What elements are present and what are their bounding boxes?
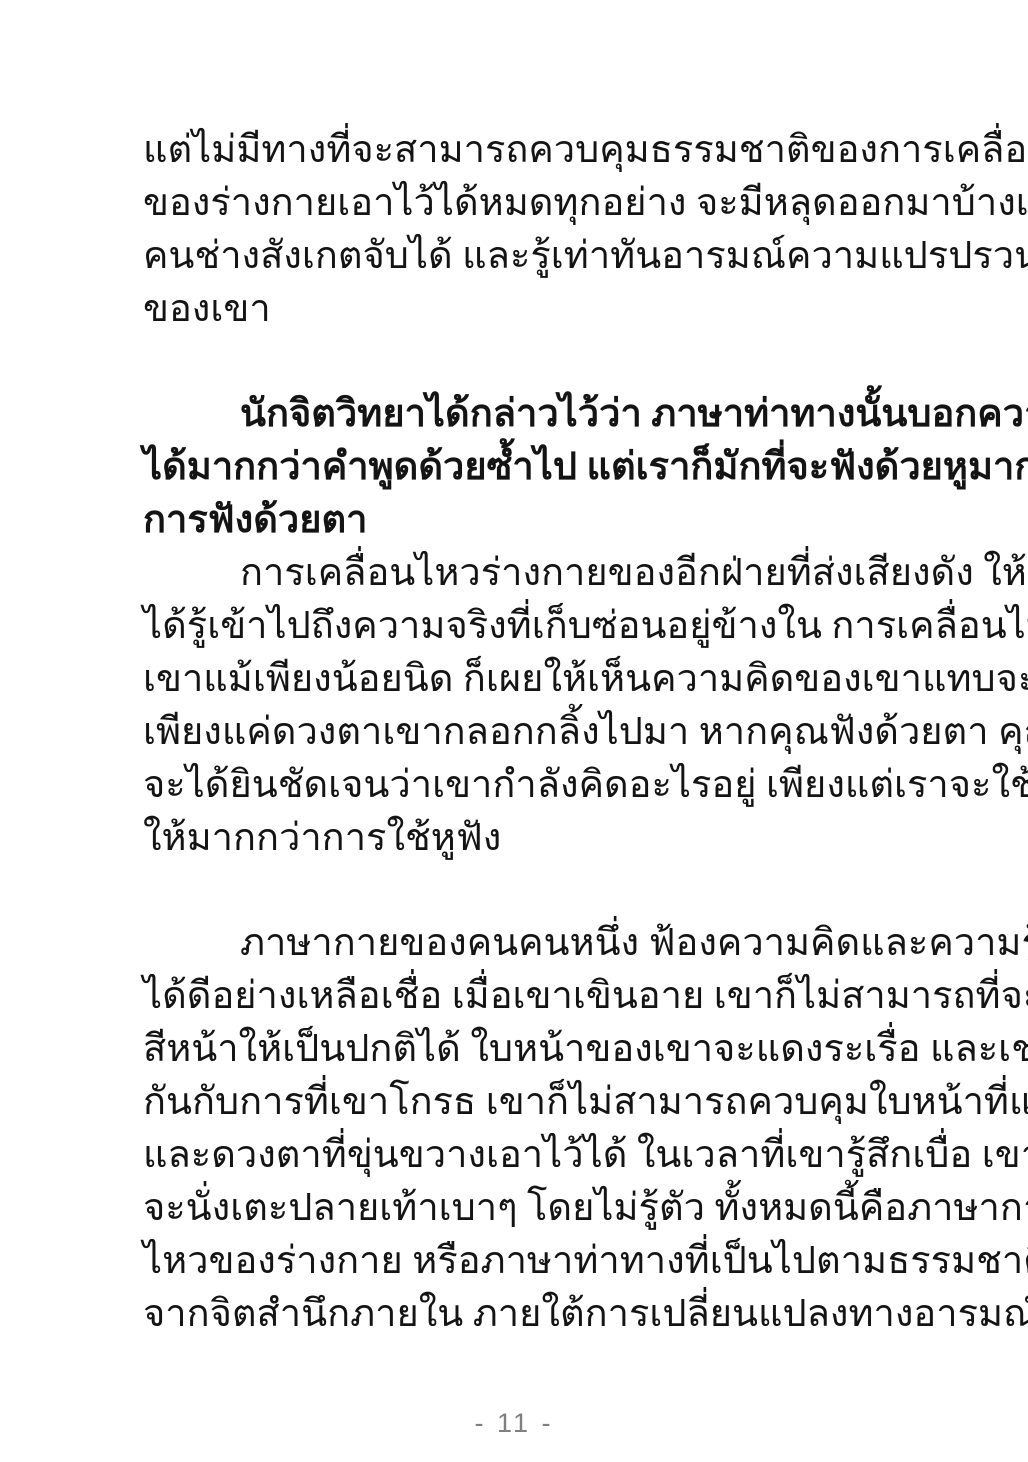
text-line: เขาแม้เพียงน้อยนิด ก็เผยให้เห็นความคิดขอ…	[143, 653, 848, 706]
text-line: ไหวของร่างกาย หรือภาษาท่าทางที่เป็นไปตาม…	[143, 1235, 848, 1288]
text-line: ได้มากกว่าคำพูดด้วยซ้ำไป แต่เราก็มักที่จ…	[143, 441, 848, 494]
text-line: ของเขา	[143, 283, 848, 336]
body-text: แต่ไม่มีทางที่จะสามารถควบคุมธรรมชาติของก…	[143, 124, 848, 1341]
text-line: จะได้ยินชัดเจนว่าเขากำลังคิดอะไรอยู่ เพี…	[143, 759, 848, 812]
text-line: จะนั่งเตะปลายเท้าเบาๆ โดยไม่รู้ตัว ทั้งห…	[143, 1182, 848, 1235]
document-page: แต่ไม่มีทางที่จะสามารถควบคุมธรรมชาติของก…	[0, 0, 1028, 1462]
page-number: - 11 -	[0, 1408, 1028, 1439]
paragraph: ภาษากายของคนคนหนึ่ง ฟ้องความคิดและความรู…	[143, 917, 848, 1341]
text-line: ภาษากายของคนคนหนึ่ง ฟ้องความคิดและความรู…	[143, 917, 848, 970]
text-line: นักจิตวิทยาได้กล่าวไว้ว่า ภาษาท่าทางนั้น…	[143, 388, 848, 441]
text-line: ได้รู้เข้าไปถึงความจริงที่เก็บซ่อนอยู่ข้…	[143, 600, 848, 653]
text-line: การเคลื่อนไหวร่างกายของอีกฝ่ายที่ส่งเสีย…	[143, 547, 848, 600]
text-line: ได้ดีอย่างเหลือเชื่อ เมื่อเขาเขินอาย เขา…	[143, 970, 848, 1023]
text-line: แต่ไม่มีทางที่จะสามารถควบคุมธรรมชาติของก…	[143, 124, 848, 177]
paragraph: นักจิตวิทยาได้กล่าวไว้ว่า ภาษาท่าทางนั้น…	[143, 388, 848, 547]
text-line: สีหน้าให้เป็นปกติได้ ใบหน้าของเขาจะแดงระ…	[143, 1023, 848, 1076]
text-line: เพียงแค่ดวงตาเขากลอกกลิ้งไปมา หากคุณฟังด…	[143, 706, 848, 759]
text-line: จากจิตสำนึกภายใน ภายใต้การเปลี่ยนแปลงทาง…	[143, 1288, 848, 1341]
text-line: และดวงตาที่ขุ่นขวางเอาไว้ได้ ในเวลาที่เข…	[143, 1129, 848, 1182]
text-line: ของร่างกายเอาไว้ได้หมดทุกอย่าง จะมีหลุดอ…	[143, 177, 848, 230]
text-line: คนช่างสังเกตจับได้ และรู้เท่าทันอารมณ์คว…	[143, 230, 848, 283]
text-line: การฟังด้วยตา	[143, 494, 848, 547]
text-line: กันกับการที่เขาโกรธ เขาก็ไม่สามารถควบคุม…	[143, 1076, 848, 1129]
text-line: ให้มากกว่าการใช้หูฟัง	[143, 812, 848, 865]
paragraph: การเคลื่อนไหวร่างกายของอีกฝ่ายที่ส่งเสีย…	[143, 547, 848, 865]
paragraph: แต่ไม่มีทางที่จะสามารถควบคุมธรรมชาติของก…	[143, 124, 848, 336]
